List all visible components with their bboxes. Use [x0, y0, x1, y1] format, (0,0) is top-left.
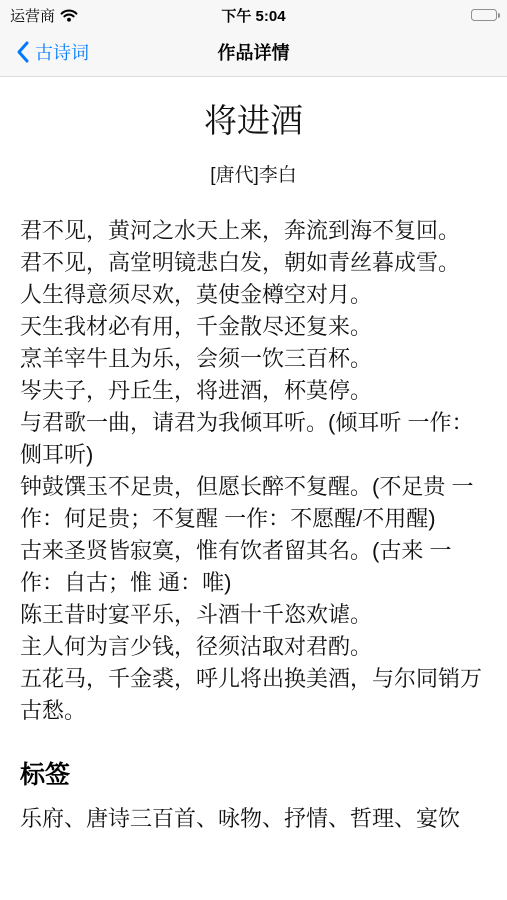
poem-line: 烹羊宰牛且为乐，会须一饮三百杯。	[20, 343, 487, 375]
poem-title: 将进酒	[20, 103, 487, 139]
poem-line: 人生得意须尽欢，莫使金樽空对月。	[20, 279, 487, 311]
status-bar-right	[471, 9, 497, 21]
battery-icon	[471, 9, 497, 21]
app-window: 运营商 下午 5:04 古诗词	[0, 0, 507, 900]
back-button[interactable]: 古诗词	[10, 28, 95, 76]
status-bar: 运营商 下午 5:04	[0, 0, 507, 28]
poem-line: 岑夫子，丹丘生，将进酒，杯莫停。	[20, 375, 487, 407]
poem-line: 五花马，千金裘，呼儿将出换美酒，与尔同销万古愁。	[20, 663, 487, 727]
navigation-bar: 古诗词 作品详情	[0, 28, 507, 77]
back-button-label: 古诗词	[35, 39, 89, 65]
poem-line: 钟鼓馔玉不足贵，但愿长醉不复醒。(不足贵 一作：何足贵；不复醒 一作：不愿醒/不…	[20, 471, 487, 535]
poem-body: 君不见，黄河之水天上来，奔流到海不复回。 君不见，高堂明镜悲白发，朝如青丝暮成雪…	[20, 215, 487, 727]
poem-line: 古来圣贤皆寂寞，惟有饮者留其名。(古来 一作：自古；惟 通：唯)	[20, 535, 487, 599]
poem-line: 天生我材必有用，千金散尽还复来。	[20, 311, 487, 343]
page-title: 作品详情	[218, 39, 290, 65]
poem-line: 君不见，高堂明镜悲白发，朝如青丝暮成雪。	[20, 247, 487, 279]
content-scroll-area[interactable]: 将进酒 [唐代]李白 君不见，黄河之水天上来，奔流到海不复回。 君不见，高堂明镜…	[0, 77, 507, 900]
tags-text: 乐府、唐诗三百首、咏物、抒情、哲理、宴饮	[20, 804, 487, 834]
poem-author: [唐代]李白	[20, 165, 487, 187]
poem-line: 主人何为言少钱，径须沽取对君酌。	[20, 631, 487, 663]
clock-time: 下午 5:04	[0, 5, 507, 26]
chevron-left-icon	[16, 41, 29, 63]
tags-heading: 标签	[20, 761, 487, 789]
poem-line: 与君歌一曲，请君为我倾耳听。(倾耳听 一作：侧耳听)	[20, 407, 487, 471]
poem-line: 君不见，黄河之水天上来，奔流到海不复回。	[20, 215, 487, 247]
poem-line: 陈王昔时宴平乐，斗酒十千恣欢谑。	[20, 599, 487, 631]
